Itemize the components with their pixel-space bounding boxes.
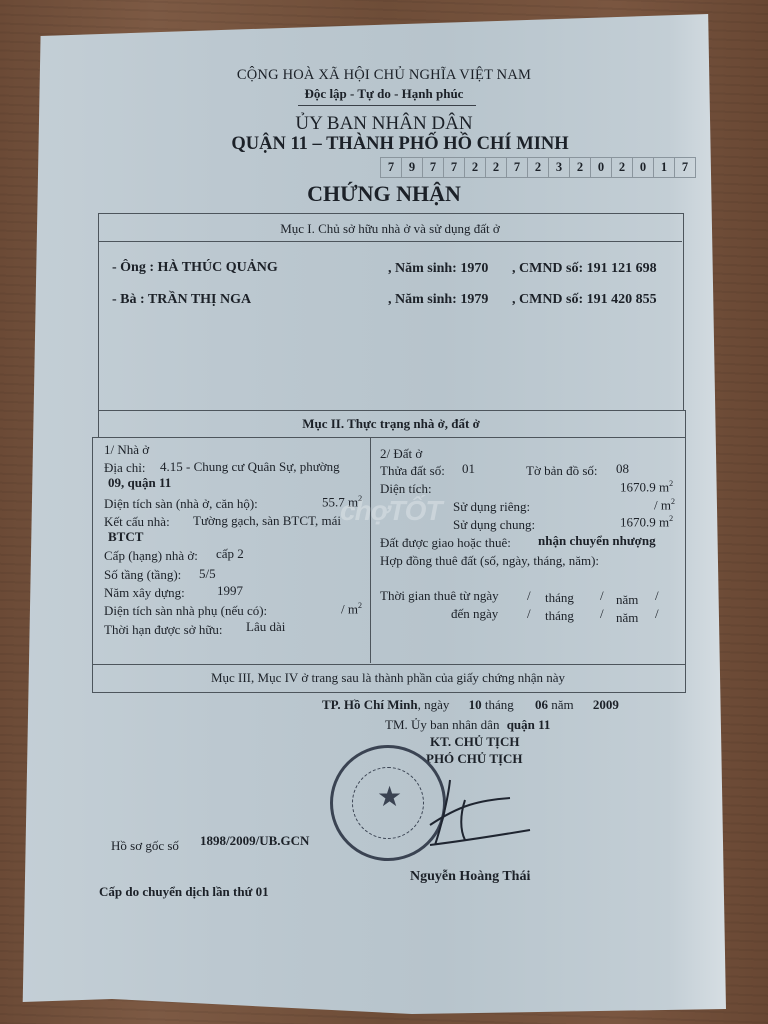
owner-1-birth: , Năm sinh: 1970 — [388, 261, 488, 277]
file-number-label: Hồ sơ gốc số — [111, 838, 179, 854]
issue-note: Cấp do chuyển dịch lần thứ 01 — [99, 884, 269, 900]
year-built-value: 1997 — [217, 583, 243, 599]
allocation-label: Đất được giao hoặc thuê: — [380, 535, 511, 551]
lease-to-slash-3: / — [655, 606, 659, 622]
shared-use-label: Sử dụng chung: — [453, 517, 535, 533]
serial-digit: 1 — [654, 158, 675, 177]
aux-area-unit-sup: 2 — [358, 601, 362, 610]
land-area-number: 1670.9 — [620, 479, 656, 494]
motto-underline — [298, 105, 476, 106]
address-value-1: 4.15 - Chung cư Quân Sự, phường — [160, 459, 340, 475]
land-heading: 2/ Đất ở — [380, 446, 422, 462]
lease-to-year-label: năm — [616, 610, 638, 626]
land-area-unit: m — [659, 479, 669, 494]
lease-from-slash-1: / — [527, 588, 531, 604]
section-1-title: Mục I. Chủ sở hữu nhà ở và sử dụng đất ở — [98, 221, 682, 237]
motto: Độc lập - Tự do - Hạnh phúc — [0, 86, 768, 102]
serial-digit: 7 — [444, 158, 465, 177]
owner-1-name: - Ông : HÀ THÚC QUẢNG — [112, 260, 278, 276]
signature-scribble — [420, 760, 540, 860]
term-value: Lâu dài — [246, 619, 285, 635]
section-3-note: Mục III, Mục IV ở trang sau là thành phầ… — [92, 670, 684, 686]
section-2-divider — [370, 437, 371, 663]
private-use-label: Sử dụng riêng: — [453, 499, 530, 515]
map-sheet-value: 08 — [616, 461, 629, 477]
lease-from-label: Thời gian thuê từ ngày — [380, 588, 499, 604]
floors-label: Số tầng (tầng): — [104, 567, 181, 583]
house-heading: 1/ Nhà ở — [104, 442, 149, 458]
structure-value-2: BTCT — [108, 529, 143, 545]
serial-digit: 3 — [549, 158, 570, 177]
private-use-value: / m2 — [654, 497, 675, 513]
signer-name: Nguyễn Hoàng Thái — [410, 869, 530, 885]
shared-use-number: 1670.9 — [620, 514, 656, 529]
serial-digit: 2 — [465, 158, 486, 177]
aux-area-unit: m — [348, 601, 358, 616]
structure-value-1: Tường gạch, sàn BTCT, mái — [193, 513, 341, 529]
day-label: , ngày — [418, 697, 450, 712]
year-built-label: Năm xây dựng: — [104, 585, 185, 601]
aux-area-value: / m2 — [341, 601, 362, 617]
aux-area-number: / — [341, 601, 345, 616]
lease-to-slash-1: / — [527, 606, 531, 622]
issue-date-line: TP. Hồ Chí Minh, ngày 10 tháng 06 năm 20… — [322, 697, 619, 713]
owner-1-id: , CMND số: 191 121 698 — [512, 261, 657, 277]
lease-contract-label: Hợp đồng thuê đất (số, ngày, tháng, năm)… — [380, 553, 599, 569]
country-header: CỘNG HOÀ XÃ HỘI CHỦ NGHĨA VIỆT NAM — [0, 67, 768, 84]
shared-use-unit-sup: 2 — [669, 514, 673, 523]
file-number-value: 1898/2009/UB.GCN — [200, 833, 309, 849]
role-1: KT. CHỦ TỊCH — [430, 734, 519, 750]
owner-2-name: - Bà : TRẦN THỊ NGA — [112, 292, 251, 308]
aux-area-label: Diện tích sàn nhà phụ (nếu có): — [104, 603, 267, 619]
serial-digit: 0 — [591, 158, 612, 177]
on-behalf-label: TM. Ủy ban nhân dân — [385, 717, 499, 732]
serial-digit: 7 — [507, 158, 528, 177]
chotot-watermark: chợTỐT — [340, 495, 441, 527]
private-use-unit: m — [661, 497, 671, 512]
lease-from-year-label: năm — [616, 592, 638, 608]
month-label: tháng — [485, 697, 514, 712]
serial-digit: 9 — [402, 158, 423, 177]
lease-to-label: đến ngày — [451, 606, 498, 622]
lease-to-month-label: tháng — [545, 608, 574, 624]
district-title: QUẬN 11 – THÀNH PHỐ HỒ CHÍ MINH — [0, 134, 768, 155]
lease-from-slash-3: / — [655, 588, 659, 604]
shared-use-unit: m — [659, 514, 669, 529]
serial-digit: 2 — [570, 158, 591, 177]
on-behalf-district: quận 11 — [507, 717, 551, 732]
plot-label: Thửa đất số: — [380, 463, 445, 479]
land-area-value: 1670.9 m2 — [620, 479, 673, 495]
plot-value: 01 — [462, 461, 475, 477]
grade-value: cấp 2 — [216, 546, 244, 562]
floor-area-label: Diện tích sàn (nhà ở, căn hộ): — [104, 496, 258, 512]
issue-month: 06 — [535, 697, 548, 712]
serial-digit: 7 — [675, 158, 695, 177]
section-2-title: Mục II. Thực trạng nhà ở, đất ở — [98, 416, 684, 432]
year-label: năm — [551, 697, 573, 712]
map-sheet-label: Tờ bản đồ số: — [526, 463, 598, 479]
land-area-unit-sup: 2 — [669, 479, 673, 488]
owner-2-birth: , Năm sinh: 1979 — [388, 292, 488, 308]
section-1-box — [98, 213, 684, 411]
issue-place: TP. Hồ Chí Minh — [322, 697, 418, 712]
address-label: Địa chỉ: — [104, 460, 146, 476]
on-behalf-line: TM. Ủy ban nhân dân quận 11 — [385, 717, 550, 733]
private-use-number: / — [654, 497, 658, 512]
structure-label: Kết cấu nhà: — [104, 514, 170, 530]
issue-year: 2009 — [593, 697, 619, 712]
private-use-unit-sup: 2 — [671, 497, 675, 506]
address-value-2: 09, quận 11 — [108, 475, 171, 491]
serial-digit: 0 — [633, 158, 654, 177]
serial-digit: 7 — [423, 158, 444, 177]
lease-to-slash-2: / — [600, 606, 604, 622]
serial-digit: 7 — [381, 158, 402, 177]
owner-2-id: , CMND số: 191 420 855 — [512, 292, 657, 308]
serial-digit: 2 — [486, 158, 507, 177]
shared-use-value: 1670.9 m2 — [620, 514, 673, 530]
certificate-title: CHỨNG NHẬN — [0, 181, 768, 207]
issue-day: 10 — [469, 697, 482, 712]
serial-number: 797722723202017 — [380, 157, 696, 178]
term-label: Thời hạn được sở hữu: — [104, 622, 222, 638]
lease-from-slash-2: / — [600, 588, 604, 604]
seal-star-icon: ★ — [377, 780, 402, 814]
floors-value: 5/5 — [199, 566, 216, 582]
allocation-value: nhận chuyển nhượng — [538, 533, 656, 549]
authority-title: ỦY BAN NHÂN DÂN — [0, 113, 768, 135]
lease-from-month-label: tháng — [545, 590, 574, 606]
grade-label: Cấp (hạng) nhà ở: — [104, 548, 198, 564]
serial-digit: 2 — [612, 158, 633, 177]
serial-digit: 2 — [528, 158, 549, 177]
